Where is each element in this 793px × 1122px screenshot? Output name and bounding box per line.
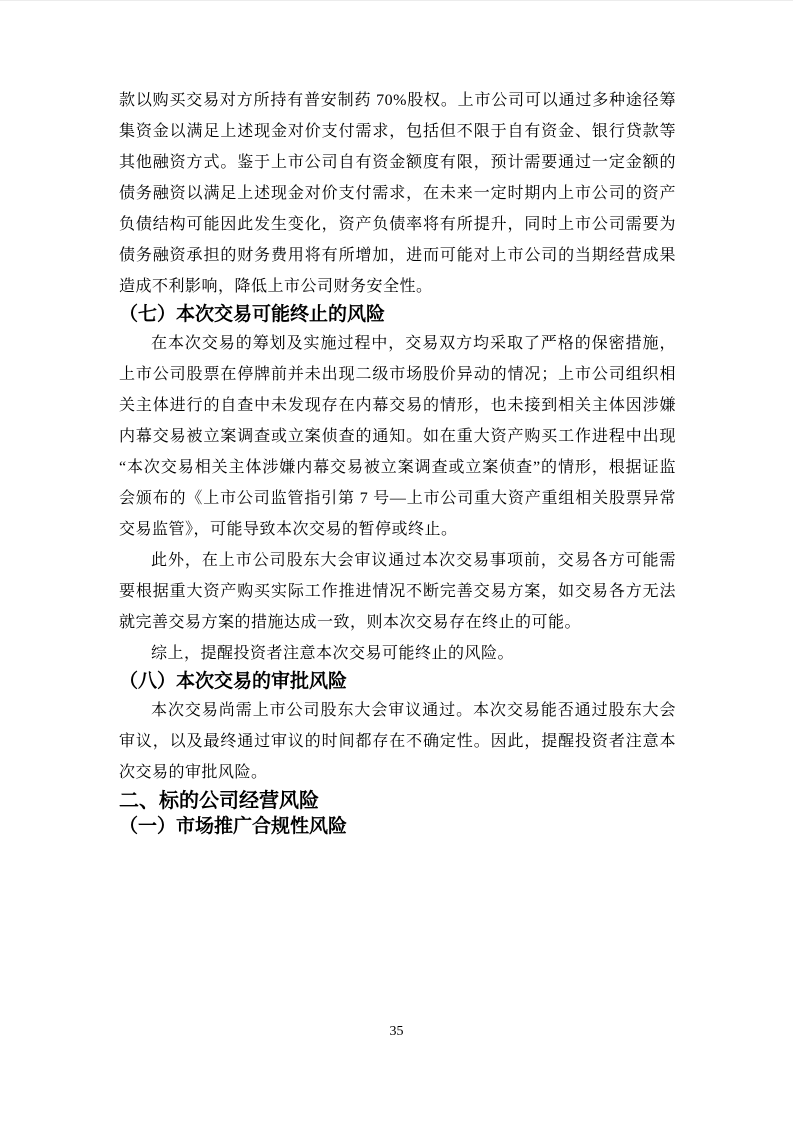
paragraph-approval-risk: 本次交易尚需上市公司股东大会审议通过。本次交易能否通过股东大会审议，以及最终通过… [119, 695, 676, 788]
heading-chapter-2-target-company-operating-risk: 二、标的公司经营风险 [119, 788, 676, 814]
paragraph-termination-3: 综上，提醒投资者注意本次交易可能终止的风险。 [119, 638, 676, 669]
heading-section-2-1-market-promotion-compliance-risk: （一）市场推广合规性风险 [119, 814, 676, 840]
heading-section-8-approval-risk: （八）本次交易的审批风险 [119, 669, 676, 695]
page-content: 款以购买交易对方所持有普安制药 70%股权。上市公司可以通过多种途径筹集资金以满… [119, 85, 676, 840]
paragraph-termination-2: 此外，在上市公司股东大会审议通过本次交易事项前，交易各方可能需要根据重大资产购买… [119, 545, 676, 638]
paragraph-termination-1: 在本次交易的筹划及实施过程中，交易双方均采取了严格的保密措施，上市公司股票在停牌… [119, 328, 676, 545]
paragraph-financing-continuation: 款以购买交易对方所持有普安制药 70%股权。上市公司可以通过多种途径筹集资金以满… [119, 85, 676, 302]
page-number: 35 [0, 1023, 793, 1041]
heading-section-7-termination-risk: （七）本次交易可能终止的风险 [119, 302, 676, 328]
document-page: 款以购买交易对方所持有普安制药 70%股权。上市公司可以通过多种途径筹集资金以满… [0, 0, 793, 1122]
